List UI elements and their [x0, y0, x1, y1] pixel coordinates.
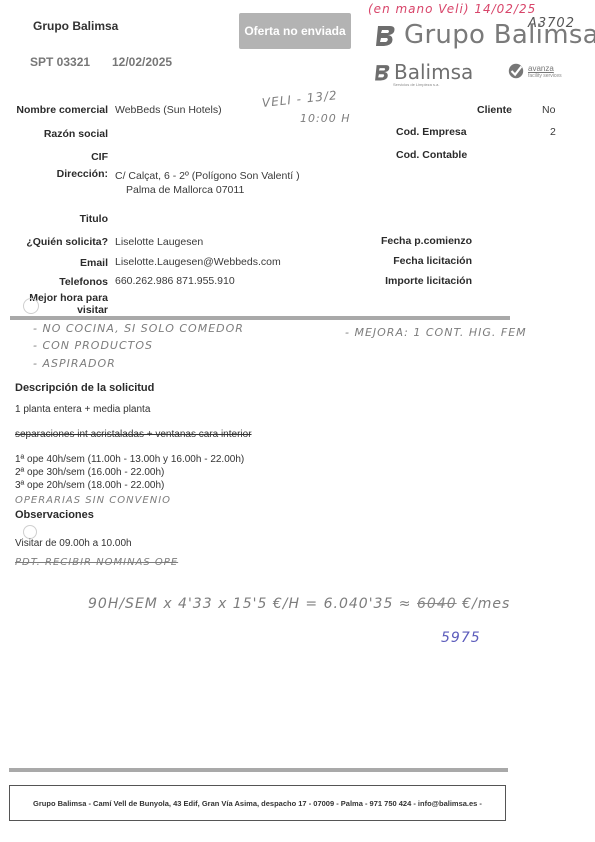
grupo-balimsa-logo: Grupo Balimsa: [372, 20, 595, 50]
value-email: Liselotte.Laugesen@Webbeds.com: [115, 256, 281, 268]
observations-line-1: Visitar de 09.00h a 10.00h: [15, 538, 132, 549]
label-razon-social: Razón social: [44, 128, 108, 140]
label-cliente: Cliente: [477, 104, 512, 116]
calc-unit: €/mes: [462, 596, 510, 612]
description-op-2: 2ª ope 30h/sem (16.00h - 22.00h): [15, 467, 164, 478]
punch-hole-icon: [23, 525, 37, 539]
value-direccion-line1: C/ Calçat, 6 - 2º (Polígono Son Valentí …: [115, 170, 300, 182]
label-nombre-comercial: Nombre comercial: [16, 104, 108, 116]
spt-number: SPT 03321: [30, 55, 90, 69]
handwritten-note-2: - CON PRODUCTOS: [33, 339, 153, 352]
value-direccion-line2: Palma de Mallorca 07011: [126, 184, 244, 196]
observations-heading: Observaciones: [15, 509, 94, 521]
punch-hole-icon: [23, 298, 39, 314]
value-nombre-comercial: WebBeds (Sun Hotels): [115, 104, 222, 116]
label-mejor-hora-1: Mejor hora para: [29, 292, 108, 304]
footer-text: Grupo Balimsa - Camí Vell de Bunyola, 43…: [33, 799, 482, 808]
label-direccion: Dirección:: [57, 168, 108, 180]
label-titulo: Titulo: [80, 213, 108, 225]
handwritten-struck-note: PDT. RECIBIR NOMINAS OPE: [15, 557, 178, 568]
label-fecha-comienzo: Fecha p.comienzo: [381, 235, 472, 247]
label-email: Email: [80, 257, 108, 269]
value-quien-solicita: Liselotte Laugesen: [115, 236, 203, 248]
avanza-title: avanza: [528, 64, 562, 73]
value-cliente: No: [542, 104, 555, 116]
balimsa-subtitle: Servicios de Limpieza s.a.: [393, 82, 439, 87]
handwritten-visit-time: 10:00 H: [300, 112, 350, 125]
label-mejor-hora-2: visitar: [77, 304, 108, 316]
label-fecha-licitacion: Fecha licitación: [393, 255, 472, 267]
value-telefonos: 660.262.986 871.955.910: [115, 275, 235, 287]
description-line-1: 1 planta entera + media planta: [15, 404, 150, 415]
label-cif: CIF: [91, 151, 108, 163]
avanza-check-icon: [507, 62, 525, 80]
handwritten-visit-date: VELI - 13/2: [261, 88, 338, 110]
footer-divider: [9, 768, 508, 772]
avanza-logo: avanza facility services: [507, 62, 562, 80]
label-quien-solicita: ¿Quién solicita?: [26, 236, 108, 248]
handwritten-calculation: 90H/SEM x 4'33 x 15'5 €/H = 6.040'35 ≈ 6…: [88, 596, 510, 612]
balimsa-b-icon: [372, 22, 398, 48]
label-cod-contable: Cod. Contable: [396, 149, 467, 161]
company-name: Grupo Balimsa: [33, 19, 118, 33]
calc-formula: 90H/SEM x 4'33 x 15'5 €/H = 6.040'35 ≈: [88, 596, 412, 612]
description-op-1: 1ª ope 40h/sem (11.00h - 13.00h y 16.00h…: [15, 454, 244, 465]
section-divider: [10, 316, 510, 320]
status-badge: Oferta no enviada: [239, 13, 351, 49]
balimsa-b-icon: [372, 62, 392, 82]
logo-balimsa-text: Balimsa: [394, 60, 473, 84]
logo-main-text: Grupo Balimsa: [404, 20, 595, 50]
request-date: 12/02/2025: [112, 55, 172, 69]
handwritten-delivery-note: (en mano Veli) 14/02/25: [368, 2, 536, 16]
value-cod-empresa: 2: [550, 126, 556, 138]
handwritten-corrected-value: 5975: [441, 630, 481, 646]
description-op-3: 3ª ope 20h/sem (18.00h - 22.00h): [15, 480, 164, 491]
balimsa-logo: Balimsa: [372, 60, 473, 84]
calc-struck-value: 6040: [417, 596, 457, 612]
handwritten-note-3: - ASPIRADOR: [33, 357, 116, 370]
handwritten-mejora: - MEJORA: 1 CONT. HIG. FEM: [345, 326, 527, 339]
label-telefonos: Telefonos: [59, 276, 108, 288]
label-importe-licitacion: Importe licitación: [385, 275, 472, 287]
label-cod-empresa: Cod. Empresa: [396, 126, 467, 138]
footer: Grupo Balimsa - Camí Vell de Bunyola, 43…: [9, 785, 506, 821]
handwritten-note-1: - NO COCINA, SI SOLO COMEDOR: [33, 322, 244, 335]
description-struck-line: separaciones int acristaladas + ventanas…: [15, 429, 252, 440]
description-heading: Descripción de la solicitud: [15, 382, 154, 394]
avanza-subtitle: facility services: [528, 73, 562, 79]
handwritten-operarias: OPERARIAS SIN CONVENIO: [15, 495, 171, 506]
